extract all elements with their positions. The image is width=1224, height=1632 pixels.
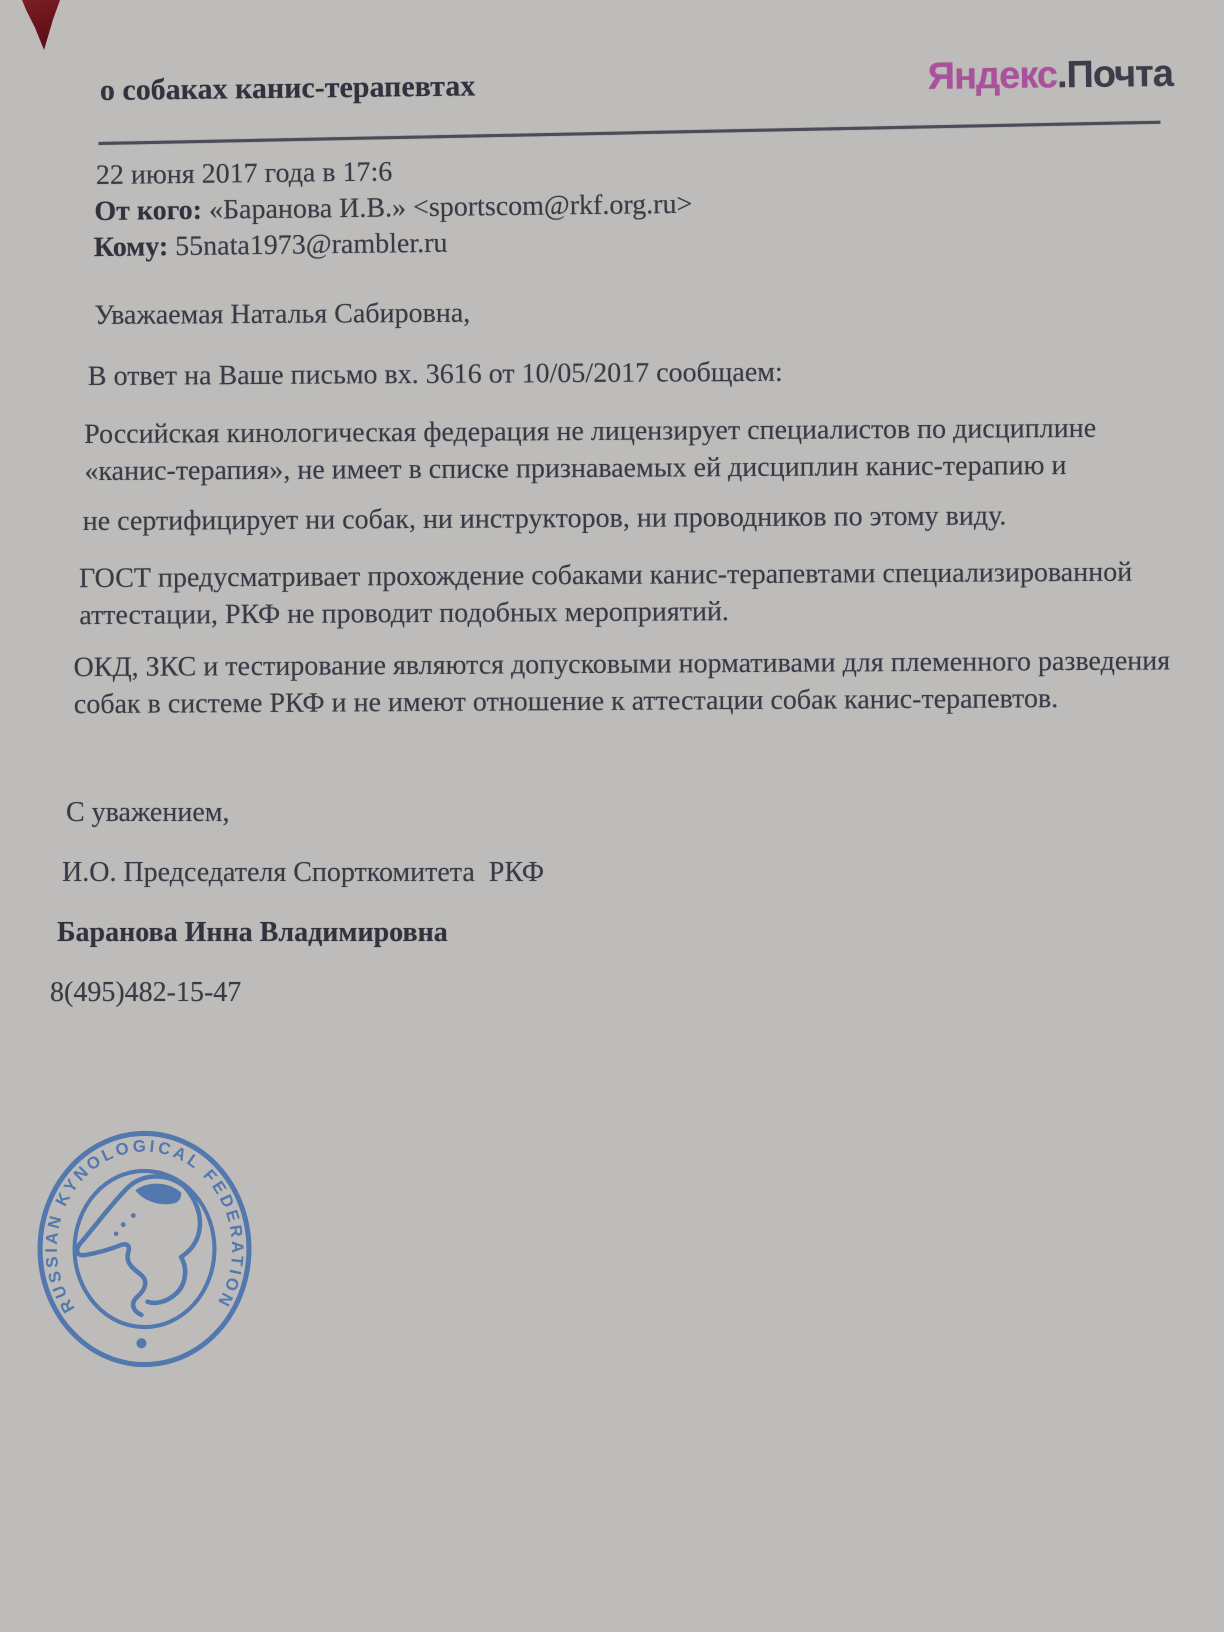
closing-line: С уважением, xyxy=(66,797,229,829)
photographed-email-printout: { "page": { "subject": "о собаках канис-… xyxy=(0,0,1224,1632)
dog-head-shading xyxy=(135,1184,181,1205)
letter-sheet: о собаках канис-терапевтах Яндекс.Почта … xyxy=(0,0,1224,1632)
dog-neck-line xyxy=(148,1186,200,1303)
signer-phone: 8(495)482-15-47 xyxy=(50,977,241,1009)
signature-zone: С уважением, И.О. Председателя Спорткоми… xyxy=(0,0,1224,1632)
stamp-rings-and-dog xyxy=(40,1133,249,1364)
signer-title: И.О. Председателя Спорткомитета РКФ xyxy=(62,857,544,889)
stamp-bullet xyxy=(136,1338,146,1348)
rkf-round-stamp: RUSSIAN KYNOLOGICAL FEDERATION xyxy=(36,1126,254,1372)
signer-name: Баранова Инна Владимировна xyxy=(57,917,448,949)
